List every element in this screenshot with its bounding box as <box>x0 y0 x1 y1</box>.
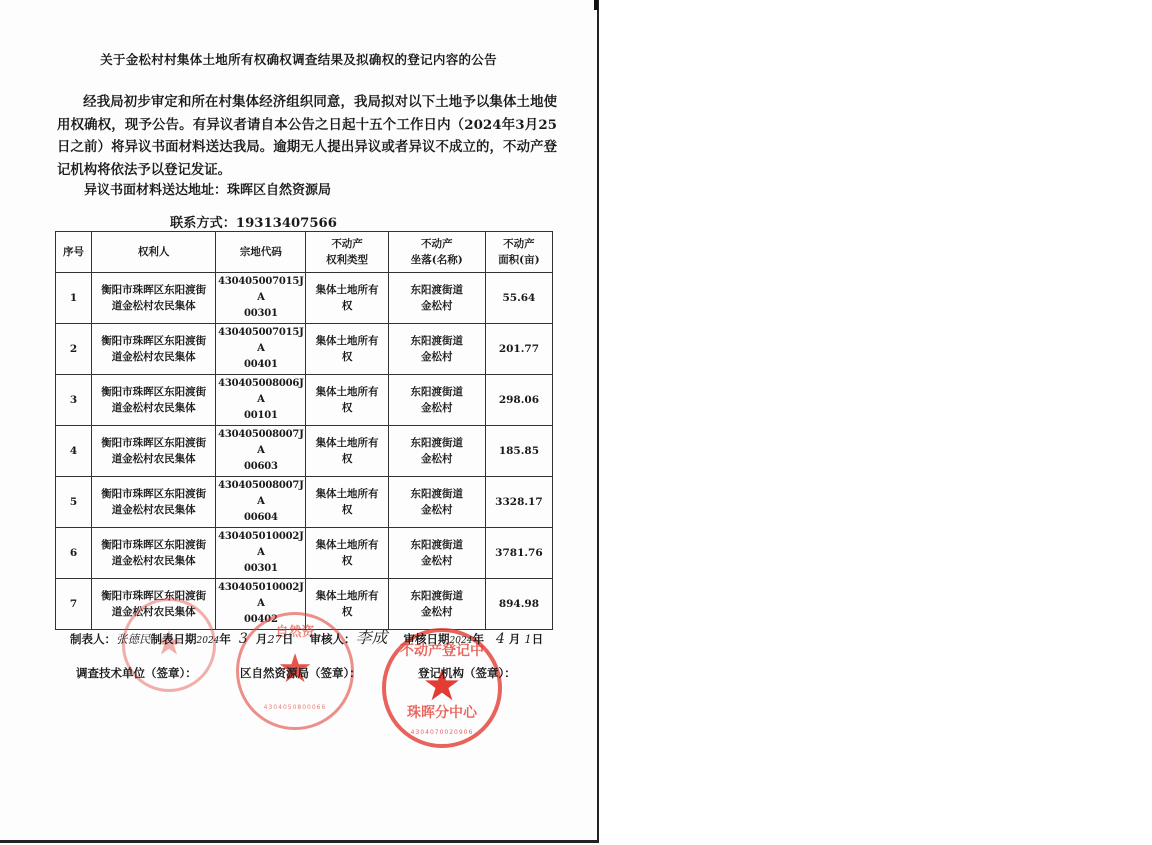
cell-no: 6 <box>56 528 92 579</box>
cell-right-type: 集体土地所有权 <box>306 426 388 477</box>
cell-right-type: 集体土地所有权 <box>306 528 388 579</box>
review-date-year: 2024 <box>450 636 473 646</box>
cell-location: 东阳渡街道金松村 <box>388 579 485 630</box>
make-date-month: 3 <box>239 631 248 647</box>
cell-location: 东阳渡街道金松村 <box>388 477 485 528</box>
header-code: 宗地代码 <box>216 232 306 273</box>
make-date-year: 2024 <box>197 636 220 646</box>
reviewer-label: 审核人： <box>310 632 356 646</box>
document-title: 关于金松村村集体土地所有权确权调查结果及拟确权的登记内容的公告 <box>0 50 597 68</box>
bureau-stamp-number: 4304050800066 <box>239 704 351 711</box>
survey-unit-seal-label: 调查技术单位（签章）： <box>76 665 197 681</box>
contact-info: 联系方式：19313407566 <box>170 212 337 231</box>
cell-no: 7 <box>56 579 92 630</box>
cell-area: 3781.76 <box>485 528 552 579</box>
cell-area: 55.64 <box>485 273 552 324</box>
cell-holder: 衡阳市珠晖区东阳渡街道金松村农民集体 <box>92 273 216 324</box>
cell-area: 894.98 <box>485 579 552 630</box>
cell-no: 1 <box>56 273 92 324</box>
registry-stamp-bottom-text: 珠晖分中心 <box>386 702 498 722</box>
header-right-type: 不动产权利类型 <box>306 232 388 273</box>
cell-holder: 衡阳市珠晖区东阳渡街道金松村农民集体 <box>92 528 216 579</box>
cell-no: 5 <box>56 477 92 528</box>
header-holder: 权利人 <box>92 232 216 273</box>
cell-parcel-code: 430405010002JA00301 <box>216 528 306 579</box>
document-page: 关于金松村村集体土地所有权确权调查结果及拟确权的登记内容的公告 经我局初步审定和… <box>0 0 599 843</box>
make-date-label: 制表日期 <box>151 632 197 646</box>
header-location: 不动产坐落(名称) <box>388 232 485 273</box>
cell-holder: 衡阳市珠晖区东阳渡街道金松村农民集体 <box>92 477 216 528</box>
cell-no: 4 <box>56 426 92 477</box>
registry-stamp-number: 4304070020906 <box>386 729 498 736</box>
cell-area: 201.77 <box>485 324 552 375</box>
cell-area: 298.06 <box>485 375 552 426</box>
review-date-day: 1 <box>524 632 531 646</box>
cell-parcel-code: 430405007015JA00401 <box>216 324 306 375</box>
land-rights-table: 序号 权利人 宗地代码 不动产权利类型 不动产坐落(名称) 不动产面积(亩) 1… <box>55 231 553 630</box>
cell-location: 东阳渡街道金松村 <box>388 528 485 579</box>
table-row: 4衡阳市珠晖区东阳渡街道金松村农民集体430405008007JA00603集体… <box>56 426 553 477</box>
cell-holder: 衡阳市珠晖区东阳渡街道金松村农民集体 <box>92 426 216 477</box>
header-area: 不动产面积(亩) <box>485 232 552 273</box>
reviewer-signature: 李成 <box>356 628 388 647</box>
cell-holder: 衡阳市珠晖区东阳渡街道金松村农民集体 <box>92 375 216 426</box>
scan-edge-mark <box>594 0 598 10</box>
announcement-text: 经我局初步审定和所在村集体经济组织同意，我局拟对以下土地予以集体土地使用权确权，… <box>57 94 557 178</box>
cell-area: 3328.17 <box>485 477 552 528</box>
table-header-row: 序号 权利人 宗地代码 不动产权利类型 不动产坐落(名称) 不动产面积(亩) <box>56 232 553 273</box>
table-row: 2衡阳市珠晖区东阳渡街道金松村农民集体430405007015JA00401集体… <box>56 324 553 375</box>
cell-parcel-code: 430405008007JA00603 <box>216 426 306 477</box>
cell-parcel-code: 430405007015JA00301 <box>216 273 306 324</box>
announcement-paragraph: 经我局初步审定和所在村集体经济组织同意，我局拟对以下土地予以集体土地使用权确权，… <box>57 91 557 181</box>
maker-label: 制表人： <box>70 632 116 646</box>
objection-address: 异议书面材料送达地址：珠晖区自然资源局 <box>84 179 331 198</box>
cell-location: 东阳渡街道金松村 <box>388 426 485 477</box>
cell-right-type: 集体土地所有权 <box>306 273 388 324</box>
cell-right-type: 集体土地所有权 <box>306 477 388 528</box>
cell-right-type: 集体土地所有权 <box>306 375 388 426</box>
maker-signature: 张德民 <box>116 632 151 646</box>
cell-location: 东阳渡街道金松村 <box>388 324 485 375</box>
review-date-month: 4 <box>496 631 505 647</box>
cell-right-type: 集体土地所有权 <box>306 324 388 375</box>
cell-parcel-code: 430405008007JA00604 <box>216 477 306 528</box>
table-row: 5衡阳市珠晖区东阳渡街道金松村农民集体430405008007JA00604集体… <box>56 477 553 528</box>
registry-seal-label: 登记机构（签章）： <box>418 665 516 681</box>
table-row: 1衡阳市珠晖区东阳渡街道金松村农民集体430405007015JA00301集体… <box>56 273 553 324</box>
cell-location: 东阳渡街道金松村 <box>388 375 485 426</box>
table-row: 6衡阳市珠晖区东阳渡街道金松村农民集体430405010002JA00301集体… <box>56 528 553 579</box>
cell-no: 3 <box>56 375 92 426</box>
table-row: 3衡阳市珠晖区东阳渡街道金松村农民集体430405008006JA00101集体… <box>56 375 553 426</box>
signature-line: 制表人：张德民制表日期2024年 3 月27日 审核人：李成 审核日期2024年… <box>70 625 543 648</box>
bureau-seal-label: 区自然资源局（签章）： <box>240 665 361 681</box>
cell-parcel-code: 430405008006JA00101 <box>216 375 306 426</box>
cell-area: 185.85 <box>485 426 552 477</box>
cell-no: 2 <box>56 324 92 375</box>
cell-holder: 衡阳市珠晖区东阳渡街道金松村农民集体 <box>92 324 216 375</box>
header-no: 序号 <box>56 232 92 273</box>
make-date-day: 27 <box>267 632 282 646</box>
cell-location: 东阳渡街道金松村 <box>388 273 485 324</box>
review-date-label: 审核日期 <box>404 632 450 646</box>
